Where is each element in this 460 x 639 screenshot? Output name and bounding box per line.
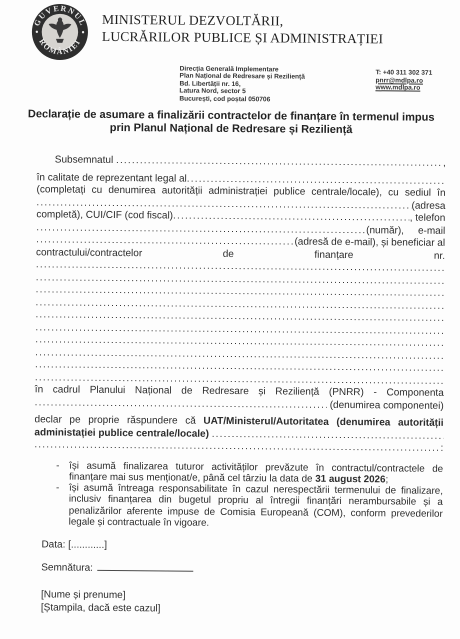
signature-label: Semnătura: bbox=[41, 562, 93, 573]
text-segment: , bbox=[443, 158, 446, 171]
signature-field: Semnătura: bbox=[41, 560, 442, 578]
text-segment: declar pe proprie răspundere că bbox=[35, 414, 204, 426]
text-segment: Subsemnatul bbox=[55, 154, 116, 167]
dotted-fill: ........................................… bbox=[35, 397, 327, 412]
date-field: Data: [............] bbox=[41, 540, 442, 556]
body-lines: Subsemnatul ............................… bbox=[34, 154, 446, 459]
text-segment: : bbox=[440, 443, 443, 456]
bullet-text: își asumă întreaga responsabilitate în c… bbox=[69, 483, 443, 531]
text-segment: (adresa bbox=[411, 200, 445, 213]
bullet-item-responsabilitate: - își asumă întreaga responsabilitate în… bbox=[34, 482, 443, 531]
seal-icon: GUVERNUL ROMÂNIEI bbox=[30, 2, 91, 62]
text-segment: e-mail bbox=[418, 225, 445, 238]
footer: Data: [............] Semnătura: [Nume și… bbox=[33, 540, 443, 619]
bullet-text: își asumă finalizarea tuturor activități… bbox=[69, 460, 443, 486]
deadline-date: 31 august 2026 bbox=[315, 474, 385, 486]
text-segment: (număr), bbox=[366, 225, 404, 238]
ministry-name-line1: MINISTERUL DEZVOLTĂRII, bbox=[102, 12, 383, 31]
address-block: Direcția Generală Implementare Plan Nați… bbox=[179, 66, 305, 104]
declaration-body: Subsemnatul ............................… bbox=[33, 154, 446, 618]
bullet-marker: - bbox=[56, 460, 69, 483]
contact-block: T: +40 311 302 371 pnrr@mdlpa.ro www.mdl… bbox=[375, 69, 432, 92]
text-segment: , telefon bbox=[410, 213, 446, 226]
scanned-sheet: GUVERNUL ROMÂNIEI MINISTERUL DEZVOLTĂRII… bbox=[0, 0, 460, 639]
text-segment: completă), CUI/CIF (cod fiscal) bbox=[36, 209, 173, 223]
romanian-government-seal: GUVERNUL ROMÂNIEI bbox=[30, 2, 91, 62]
document-page: GUVERNUL ROMÂNIEI MINISTERUL DEZVOLTĂRII… bbox=[0, 0, 460, 639]
bullet-text-post: ; bbox=[385, 474, 388, 485]
document-title: Declarație de asumare a finalizării cont… bbox=[19, 108, 443, 137]
address-line: București, cod poștal 050706 bbox=[179, 95, 304, 103]
stamp-placeholder: [Ștampila, dacă este cazul] bbox=[41, 602, 442, 618]
ministry-name: MINISTERUL DEZVOLTĂRII, LUCRĂRILOR PUBLI… bbox=[102, 12, 384, 47]
signature-line bbox=[97, 561, 193, 572]
text-segment: (denumirea componentei) bbox=[327, 399, 444, 413]
bullet-list: - își asumă finalizarea tuturor activită… bbox=[34, 460, 444, 531]
ministry-name-line2: LUCRĂRILOR PUBLICE ȘI ADMINISTRAȚIEI bbox=[102, 28, 383, 47]
website-link[interactable]: www.mdlpa.ro bbox=[375, 84, 420, 92]
bold-text: UAT/Ministerul/Autoritatea (denumirea au… bbox=[203, 416, 443, 429]
bullet-marker: - bbox=[56, 483, 69, 528]
